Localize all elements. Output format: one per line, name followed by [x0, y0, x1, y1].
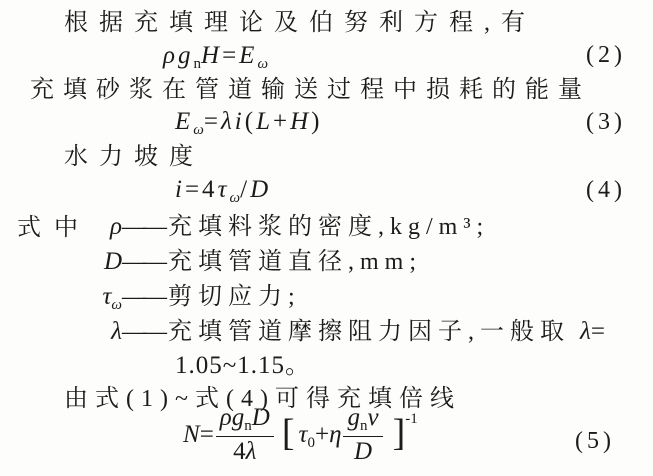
math-token: λi: [221, 108, 245, 135]
definition-dash: ——: [122, 317, 164, 347]
equation-2-number: (2): [586, 42, 626, 69]
math-token: λ: [246, 438, 257, 465]
equation-3-number: (3): [586, 109, 626, 136]
fraction-coefficient: ρgnD 4λ: [216, 404, 274, 465]
equation-2: ρgnH=Eω: [163, 41, 268, 74]
math-subscript: n: [360, 418, 368, 434]
math-token: +: [273, 108, 290, 135]
math-token: ): [311, 108, 322, 135]
paragraph-hydraulic-gradient: 水力坡度: [64, 142, 204, 172]
left-bracket: [: [282, 414, 295, 452]
math-token: η: [329, 421, 341, 448]
tail-equals: =: [591, 318, 605, 345]
math-subscript: 0: [307, 435, 315, 451]
math-token: =: [200, 421, 214, 448]
symbol-rho: ρ: [110, 213, 122, 240]
math-token: D: [354, 438, 372, 465]
right-bracket: ]: [393, 414, 406, 452]
math-subscript: ω: [193, 122, 204, 138]
math-token: /: [240, 176, 250, 203]
math-token: 4: [233, 438, 246, 465]
equation-4-number: (4): [586, 177, 626, 204]
equation-3: Eω=λi(L+H): [175, 107, 323, 140]
definition-row-tau: τω —— 剪切应力;: [0, 282, 301, 315]
math-token: +: [315, 421, 329, 448]
symbol-lambda: λ: [111, 318, 122, 345]
math-token: =: [204, 108, 221, 135]
math-subscript: ω: [230, 190, 241, 206]
math-token: E: [175, 108, 193, 135]
symbol-D: D: [104, 248, 122, 275]
math-token: g: [347, 404, 360, 431]
math-token: =4: [185, 176, 218, 203]
math-subscript: ω: [257, 56, 268, 72]
math-exponent: -1: [405, 411, 418, 428]
tail-symbol-lambda: λ: [580, 318, 591, 345]
definition-text: 充填管道摩擦阻力因子,一般取: [168, 317, 570, 347]
math-token: N: [183, 421, 200, 448]
equation-5-number: (5): [575, 428, 615, 455]
paragraph-intro: 根据充填理论及伯努利方程,有: [64, 8, 536, 38]
definition-dash: ——: [122, 282, 164, 312]
math-token: =: [222, 42, 239, 69]
math-subscript: n: [244, 418, 252, 434]
equation-4: i=4τω/D: [175, 175, 271, 208]
math-token: H: [290, 108, 311, 135]
math-token: ρg: [220, 404, 245, 431]
math-token: E: [239, 42, 257, 69]
math-token: (: [245, 108, 256, 135]
math-token: D: [252, 404, 270, 431]
definition-row-rho: ρ —— 充填料浆的密度,kg/m³;: [0, 212, 489, 245]
definition-row-D: D —— 充填管道直径,mm;: [0, 247, 422, 280]
definition-text: 剪切应力;: [168, 282, 301, 312]
math-token: H: [201, 42, 222, 69]
math-token: i: [175, 176, 185, 203]
paragraph-energy-loss: 充填砂浆在管道输送过程中损耗的能量: [30, 75, 591, 105]
math-token: v: [367, 404, 378, 431]
definition-text: 充填管道直径,mm;: [168, 247, 422, 277]
definition-dash: ——: [122, 212, 164, 242]
math-token: τ: [218, 176, 230, 203]
math-token: L: [256, 108, 273, 135]
definition-continuation-range: 1.05~1.15。: [175, 351, 311, 381]
math-subscript: n: [194, 56, 202, 72]
definition-text: 充填料浆的密度,kg/m³;: [168, 212, 489, 242]
fraction-velocity-term: gnv D: [343, 404, 382, 465]
paper-page: 根据充填理论及伯努利方程,有 ρgnH=Eω (2) 充填砂浆在管道输送过程中损…: [0, 0, 653, 476]
equation-5: N= ρgnD 4λ [ τ0+η gnv D ] -1: [183, 404, 418, 465]
definition-row-lambda: λ —— 充填管道摩擦阻力因子,一般取 λ=: [0, 317, 605, 350]
definition-dash: ——: [122, 247, 164, 277]
math-token: ρg: [163, 42, 194, 69]
math-token: D: [250, 176, 271, 203]
symbol-subscript: ω: [111, 297, 122, 313]
